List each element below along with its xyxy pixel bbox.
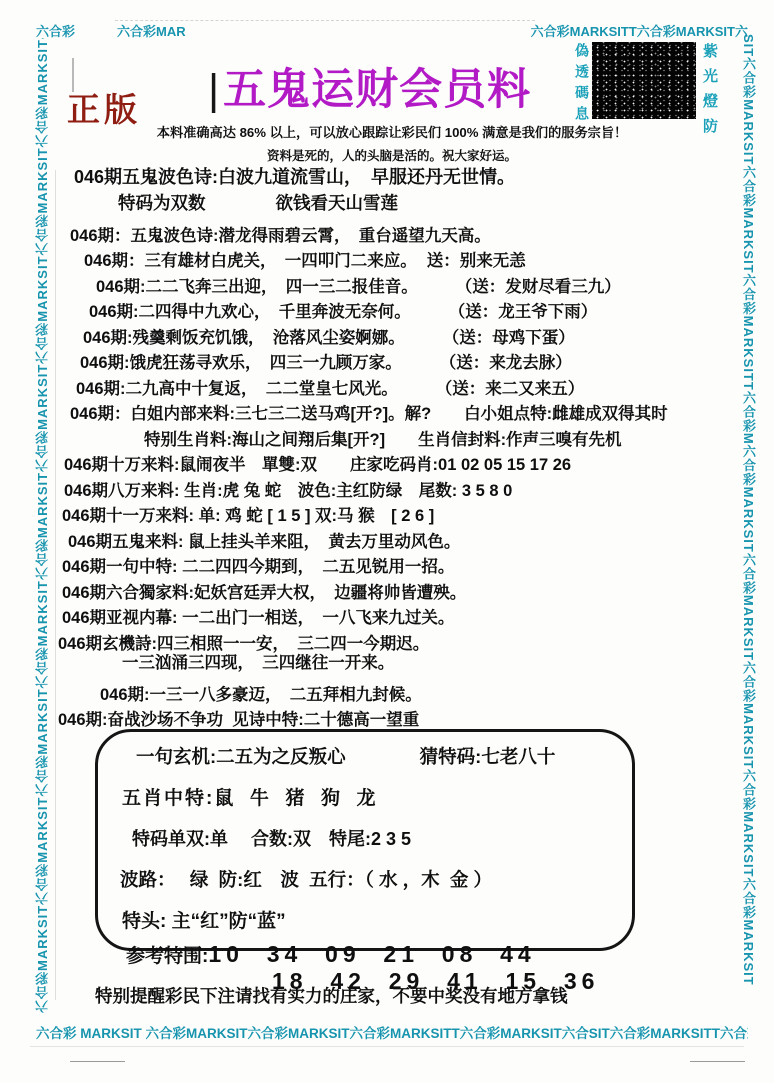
poem-line: 046期一句中特: 二二四四今期到， 二五见锐用一招。 (56, 558, 751, 578)
watermark-bottom-border: 六合彩 MARKSIT 六合彩MARKSIT六合彩MARKSIT六合彩MARKS… (36, 1022, 748, 1042)
poem-line: 046期:奋战沙场不争功 见诗中特:二十德高一望重 (56, 711, 751, 731)
scanned-lottery-sheet: 六合彩 六合彩MAR 六合彩MARKSITT六合彩MARKSIT六 六合彩MAR… (0, 0, 774, 1083)
mystery-row: 一句玄机:二五为之反叛心 猜特码:七老八十 (136, 743, 618, 769)
poem-line: 046期：三有雄材白虎关， 一四叩门二来应。送：别来无恙 (56, 252, 751, 272)
poem-line: 046期十一万来料: 单: 鸡 蛇 [ 1 5 ] 双:马 猴 [ 2 6 ] (56, 507, 751, 527)
prediction-lines: 046期五鬼波色诗:白波九道流雪山， 早服还丹无世情。 特码为双数 欲钱看天山雪… (56, 166, 751, 737)
poem-line: 特别生肖料:海山之间翔后集[开?] 生肖信封料:作声三嗅有先机 (56, 431, 751, 451)
poem-line: 046期亚视内幕: 一二出门一相送， 一八飞来九过关。 (56, 609, 751, 629)
motto-line: 资料是死的，人的头脑是活的。祝大家好运。 (118, 146, 666, 164)
title-bar-glyph: | (208, 66, 220, 114)
crop-mark-left (70, 1061, 125, 1062)
poem-line: 046期:二二飞奔三出迎， 四一三二报佳音。（送：发财尽看三九） (56, 278, 751, 298)
poem-line: 046期：白姐内部来料:三七三二送马鸡[开?]。解? 白小姐点特:雌雄成双得其时 (56, 405, 751, 425)
guess-special: 猜特码:七老八十 (420, 743, 556, 769)
watermark-left-border: 六合彩MARKSIT六合彩MARKSIT六合彩MARKSIT六合彩MARKSIT… (33, 38, 52, 1013)
wave-row: 波路： 绿 防:红 波 五行：（ 水 ，木 金 ） (120, 866, 618, 892)
scan-bottom-hairline (30, 1046, 744, 1047)
anticounterfeit-right-text: 紫光燈防 (699, 43, 720, 178)
watermark-top-right: 六合彩MARKSITT六合彩MARKSIT六 (531, 21, 748, 40)
poem-line: 046期六合獨家料:妃妖宫廷弄大权， 边疆将帅皆遭殃。 (56, 584, 751, 604)
poem-line: 046期五鬼来料: 鼠上挂头羊来阻， 黄去万里动风色。 (56, 533, 751, 553)
poem-line: 046期：五鬼波色诗:潜龙得雨碧云霄， 重台遥望九天高。 (56, 227, 751, 247)
crop-mark-right (690, 1061, 745, 1062)
poem-line: 046期玄機詩:四三相照一一安， 三二四一今期迟。 (56, 635, 751, 655)
security-noise-box (592, 42, 696, 119)
poem-line: 一三汹涌三四现， 三四继往一开来。 (56, 654, 751, 674)
page-title: |五鬼运财会员料 (208, 56, 531, 117)
odd-even-row: 特码单双:单 合数:双 特尾:2 3 5 (132, 825, 618, 851)
watermark-top-mid: 六合彩MAR (117, 21, 186, 40)
poem-line: 046期:二九高中十复返， 二二堂皇七风光。（送：来二又来五） (56, 380, 751, 400)
range-label: 参考特围: (126, 941, 208, 968)
poem-line: 046期八万来料: 生肖:虎 兔 蛇 波色:主红防绿 尾数: 3 5 8 0 (56, 482, 751, 502)
scan-dotted-line (115, 20, 535, 21)
poem-line: 046期:饿虎狂荡寻欢乐， 四三一九顾万家。（送：来龙去脉） (56, 354, 751, 374)
reference-range-row: 参考特围: 10 34 09 21 08 44 (126, 941, 618, 968)
poem-line: 046期十万来料:鼠闹夜半 單雙:双 庄家吃码肖:01 02 05 15 17 … (56, 456, 751, 476)
poem-line: 特码为双数 欲钱看天山雪莲 (56, 194, 751, 214)
watermark-top-border: 六合彩 六合彩MAR 六合彩MARKSITT六合彩MARKSIT六 (36, 21, 748, 40)
five-zodiac-row: 五肖中特:鼠 牛 猪 狗 龙 (122, 783, 618, 810)
page-title-text: 五鬼运财会员料 (223, 66, 531, 114)
poem-line: 046期:一三一八多豪迈， 二五拜相九封候。 (56, 686, 751, 706)
footer-warning: 特别提醒彩民下注请找有实力的庄家，不要中奖没有地方拿钱 (95, 983, 568, 1008)
poem-line: 046期五鬼波色诗:白波九道流雪山， 早服还丹无世情。 (56, 166, 751, 188)
poem-line: 046期:残羹剩饭充饥饿， 沧落风尘姿婀娜。（送：母鸡下蛋） (56, 329, 751, 349)
special-prediction-box: 一句玄机:二五为之反叛心 猜特码:七老八十 五肖中特:鼠 牛 猪 狗 龙 特码单… (95, 729, 635, 951)
mystery-phrase: 一句玄机:二五为之反叛心 (136, 743, 346, 769)
range-numbers-row1: 10 34 09 21 08 44 (208, 941, 535, 968)
poem-line: 046期:二四得中九欢心， 千里奔波无奈何。（送：龙王爷下雨） (56, 303, 751, 323)
accuracy-subtitle: 本料准确高达 86% 以上，可以放心跟踪让彩民们 100% 满意是我们的服务宗旨… (118, 122, 666, 141)
special-head-row: 特头: 主“红”防“蓝” (122, 906, 618, 933)
